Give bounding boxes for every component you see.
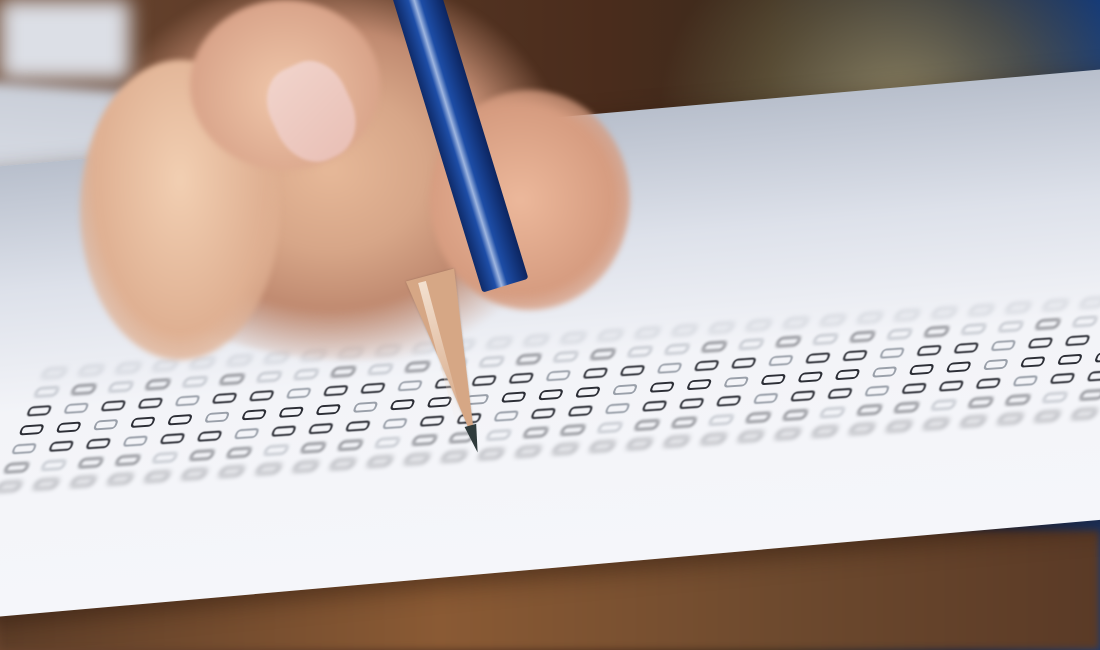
photo-scene: Close-up photograph of a hand holding a …	[0, 0, 1100, 650]
